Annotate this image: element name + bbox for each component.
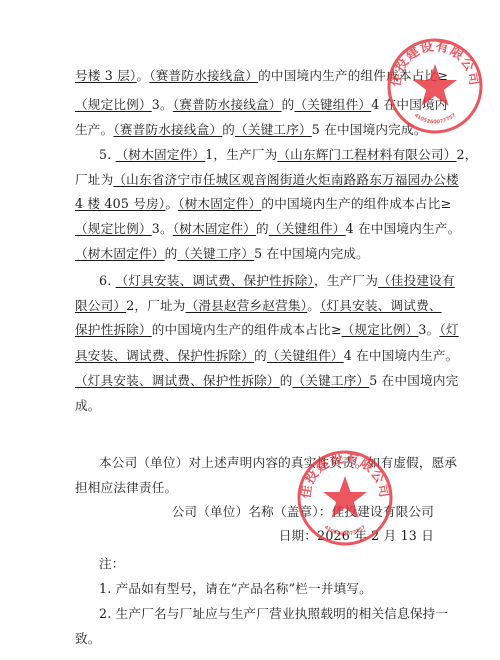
section6-line6: 成。 <box>75 398 435 414</box>
section5-line4: （规定比例）3。（树木固定件）的（关键组件）4 在中国境内生产。 <box>75 221 435 237</box>
text: 3。 <box>418 322 439 337</box>
text: 的 <box>165 246 178 261</box>
text: 4 在中国境内生产。 <box>346 221 461 236</box>
signature-date: 日期：2026 年 2 月 13 日 <box>279 528 434 544</box>
factory-address: （滑县赵营乡赵营集） <box>186 298 308 313</box>
document-page: 号楼 3 层）。（赛普防水接线盒）的中国境内生产的组件成本占比≥ （规定比例）3… <box>0 0 500 660</box>
product-name: （树木固定件） <box>178 196 261 211</box>
section5-line2: 厂址为（山东省济宁市任城区观音阁街道火炬南路路东万福园办公楼 <box>75 172 435 188</box>
text: 生产。 <box>75 122 113 137</box>
text: 5 在中国境内完 <box>369 373 458 388</box>
text: 的 <box>222 122 235 137</box>
item-number: 5. <box>99 147 116 162</box>
product-name: 具安装、调试费、保护性拆除） <box>75 348 254 363</box>
product-name: （灯具安装、调试费、 <box>320 298 442 313</box>
text: 。 <box>137 68 150 83</box>
product-name: （灯 <box>439 322 458 337</box>
declaration-line2: 担相应法律责任。 <box>75 480 435 496</box>
section5-line5: （树木固定件）的（关键工序）5 在中国境内完成。 <box>75 246 435 262</box>
section4-line2: （规定比例）3。（赛普防水接线盒）的（关键组件）4 在中国境内 <box>75 97 435 113</box>
text: 2， <box>457 147 478 162</box>
note-item-2-cont: 致。 <box>75 631 435 647</box>
key-component: （关键组件） <box>267 348 344 363</box>
product-name: （树木固定件） <box>116 147 206 162</box>
key-component: （关键组件） <box>269 221 346 236</box>
product-name: （灯具安装、调试费、保护性拆除） <box>75 373 280 388</box>
note-item-1: 1. 产品如有型号，请在“产品名称”栏一并填写。 <box>99 581 459 597</box>
text: 2，厂址为 <box>126 298 185 313</box>
ratio: （规定比例） <box>75 221 152 236</box>
text: 3。 <box>152 221 173 236</box>
product-name: （赛普防水接线盒） <box>113 122 222 137</box>
notes-title: 注： <box>99 556 459 572</box>
product-name: （树木固定件） <box>173 221 256 236</box>
text: 4 在中国境内 <box>371 97 447 112</box>
declaration-line1: 本公司（单位）对上述声明内容的真实性负责。如有虚假，愿承 <box>99 455 459 471</box>
text: 的 <box>256 221 269 236</box>
text: 的 <box>280 373 293 388</box>
product-name: （赛普防水接线盒） <box>173 97 282 112</box>
item-number: 6. <box>99 273 116 288</box>
section4-line1: 号楼 3 层）。（赛普防水接线盒）的中国境内生产的组件成本占比≥ <box>75 68 435 84</box>
address-tail: 号楼 3 层） <box>75 68 137 83</box>
text: ，生产厂为 <box>314 273 378 288</box>
ratio: （规定比例） <box>75 97 152 112</box>
text: 的 <box>282 97 295 112</box>
text: 的中国境内生产的组件成本占比≥ <box>152 322 342 337</box>
section6-line5: （灯具安装、调试费、保护性拆除）的（关键工序）5 在中国境内完 <box>75 373 435 389</box>
factory-address: （山东省济宁市任城区观音阁街道火炬南路路东万福园办公楼 <box>113 172 458 187</box>
text: 5 在中国境内完成。 <box>312 122 427 137</box>
manufacturer: 限公司） <box>75 298 126 313</box>
section5-line3: 4 楼 405 号房）。（树木固定件）的中国境内生产的组件成本占比≥ <box>75 196 435 212</box>
product-name: （灯具安装、调试费、保护性拆除） <box>116 273 314 288</box>
product-name: （赛普防水接线盒） <box>149 68 258 83</box>
product-name: （树木固定件） <box>75 246 165 261</box>
text: 的中国境内生产的组件成本占比≥ <box>258 68 448 83</box>
key-process: （关键工序） <box>293 373 370 388</box>
ratio: （规定比例） <box>342 322 419 337</box>
text: 。 <box>307 298 320 313</box>
section6-line2: 限公司）2，厂址为（滑县赵营乡赵营集）。（灯具安装、调试费、 <box>75 298 435 314</box>
text: 厂址为 <box>75 172 113 187</box>
manufacturer: （佳投建设有 <box>378 273 455 288</box>
section6-line4: 具安装、调试费、保护性拆除）的（关键组件）4 在中国境内生产。 <box>75 348 435 364</box>
company-seal-stamp: 佳投建设有限公司 4105260077757 <box>385 36 485 136</box>
text: 的 <box>254 348 267 363</box>
text: 的中国境内生产的组件成本占比≥ <box>261 196 451 211</box>
section4-line3: 生产。（赛普防水接线盒）的（关键工序）5 在中国境内完成。 <box>75 122 435 138</box>
company-signature: 公司（单位）名称（盖章）：佳投建设有限公司 <box>172 504 434 520</box>
note-item-2: 2. 生产厂名与厂址应与生产厂营业执照载明的相关信息保持一 <box>99 606 459 622</box>
factory-address: 4 楼 405 号房） <box>75 196 165 211</box>
key-component: （关键组件） <box>294 97 371 112</box>
text: 。 <box>165 196 178 211</box>
key-process: （关键工序） <box>177 246 254 261</box>
product-name: 保护性拆除） <box>75 322 152 337</box>
section6-line3: 保护性拆除）的中国境内生产的组件成本占比≥（规定比例）3。（灯 <box>75 322 435 338</box>
section5-line1: 5. （树木固定件）1，生产厂为（山东辉门工程材料有限公司）2， <box>99 147 459 163</box>
manufacturer: （山东辉门工程材料有限公司） <box>277 147 456 162</box>
key-process: （关键工序） <box>235 122 312 137</box>
text: 3。 <box>152 97 173 112</box>
section6-line1: 6. （灯具安装、调试费、保护性拆除），生产厂为（佳投建设有 <box>99 273 459 289</box>
text: 5 在中国境内完成。 <box>254 246 369 261</box>
text: 4 在中国境内生产。 <box>344 348 459 363</box>
text: 1，生产厂为 <box>205 147 277 162</box>
